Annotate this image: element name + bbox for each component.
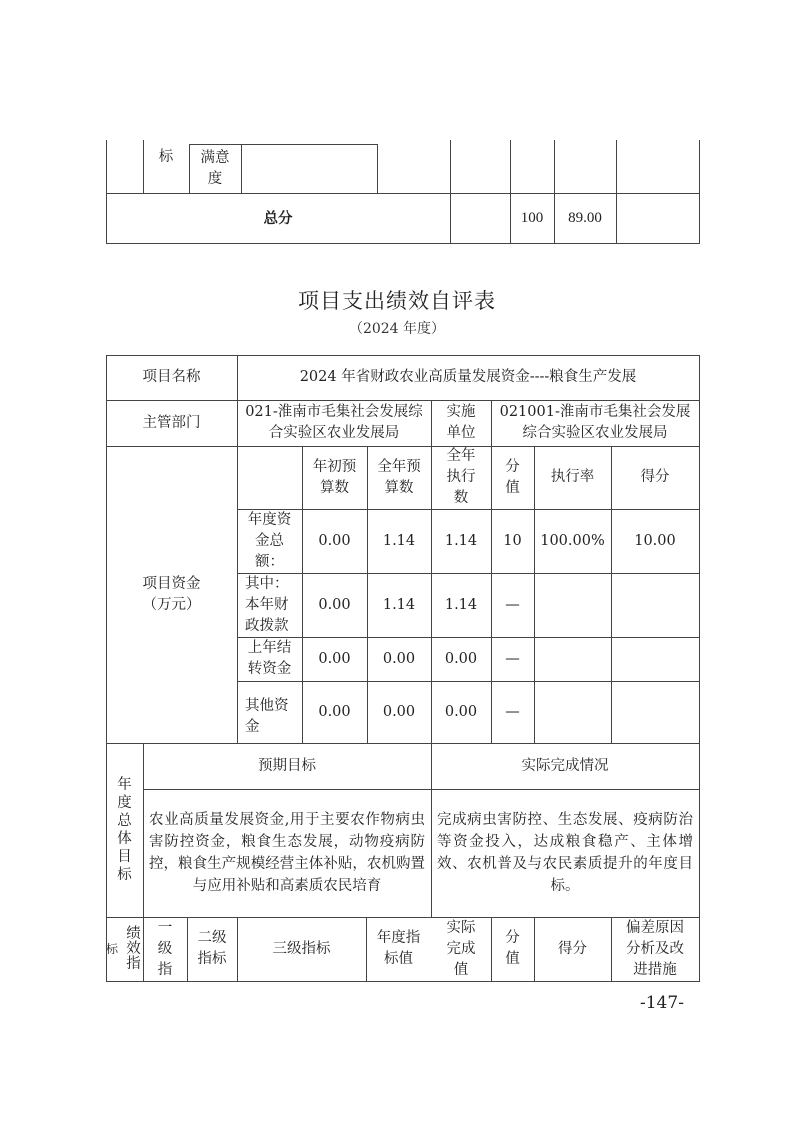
expected-goal-text: 农业高质量发展资金,用于主要农作物病虫害防控资金，粮食生态发展，动物疫病防控，粮… — [143, 789, 431, 917]
fund-row-score: 10.00 — [611, 509, 699, 573]
fund-row-executed: 0.00 — [431, 637, 491, 681]
table-border — [699, 140, 700, 244]
fund-row-executed: 0.00 — [431, 681, 491, 743]
fund-row-name: 上年结转资金 — [237, 637, 302, 681]
header-score: 得分 — [611, 446, 699, 509]
page-number: -147- — [640, 993, 684, 1013]
fund-row-rate: 100.00% — [534, 509, 611, 573]
level1-header: 一级指 — [143, 917, 187, 981]
fund-row-initial: 0.00 — [302, 681, 367, 743]
fund-row-initial: 0.00 — [302, 509, 367, 573]
indicator-label-fragment: 标 — [106, 917, 120, 981]
impl-unit-value: 021001-淮南市毛集社会发展综合实验区农业发展局 — [491, 400, 699, 446]
fund-row-annual: 1.14 — [367, 509, 431, 573]
fund-row-score — [611, 573, 699, 637]
funds-label-line2: （万元） — [143, 595, 201, 616]
dept-label: 主管部门 — [106, 400, 237, 446]
actual-completion-text: 完成病虫害防控、生态发展、疫病防治等资金投入，达成粮食稳产、主体增效、农机普及与… — [431, 789, 699, 917]
level1-indicator-fragment: 标 — [143, 140, 189, 174]
fund-row-executed: 1.14 — [431, 509, 491, 573]
table-border — [616, 140, 617, 244]
header-initial-budget: 年初预算数 — [302, 446, 367, 509]
form-subtitle: （2024 年度） — [0, 318, 794, 338]
fund-row-executed: 1.14 — [431, 573, 491, 637]
total-score-label: 总分 — [106, 193, 450, 243]
fund-row-weight: — — [491, 573, 534, 637]
indicator-label: 绩效指 — [124, 917, 143, 981]
fund-row-name: 年度资金总额： — [237, 509, 302, 573]
fund-row-initial: 0.00 — [302, 637, 367, 681]
deviation-header: 偏差原因分析及改进措施 — [611, 917, 699, 981]
table-border — [450, 140, 451, 244]
project-name-label: 项目名称 — [106, 355, 237, 400]
fund-row-rate — [534, 637, 611, 681]
fund-row-annual: 0.00 — [367, 681, 431, 743]
header-annual-budget: 全年预算数 — [367, 446, 431, 509]
total-score-value: 89.00 — [554, 193, 616, 243]
impl-unit-label: 实施单位 — [431, 400, 491, 446]
expected-goal-header: 预期目标 — [143, 743, 431, 789]
header-executed: 全年执行数 — [431, 446, 491, 509]
level2-header: 二级指标 — [187, 917, 237, 981]
weight-header: 分值 — [491, 917, 534, 981]
table-border — [699, 355, 700, 982]
fund-row-score — [611, 681, 699, 743]
fund-row-name: 其中：本年财政拨款 — [237, 573, 302, 637]
fund-row-annual: 0.00 — [367, 637, 431, 681]
fund-row-weight: — — [491, 637, 534, 681]
header-weight: 分值 — [491, 446, 534, 509]
funds-label: 项目资金 （万元） — [106, 446, 237, 743]
fund-row-annual: 1.14 — [367, 573, 431, 637]
fund-row-weight: 10 — [491, 509, 534, 573]
satisfaction-label: 满意度 — [195, 144, 235, 193]
actual-value-header: 实际完成值 — [431, 917, 491, 981]
dept-value: 021-淮南市毛集社会发展综合实验区农业发展局 — [237, 400, 431, 446]
form-title: 项目支出绩效自评表 — [0, 285, 794, 315]
table-border — [106, 243, 700, 244]
funds-label-line1: 项目资金 — [143, 574, 201, 595]
annual-goal-label: 年度总体目标 — [106, 743, 143, 917]
score-header: 得分 — [534, 917, 611, 981]
fund-row-name: 其他资金 — [237, 681, 302, 743]
header-rate: 执行率 — [534, 446, 611, 509]
table-border — [377, 144, 378, 194]
level3-header: 三级指标 — [237, 917, 366, 981]
table-border — [189, 144, 190, 194]
fund-row-score — [611, 637, 699, 681]
fund-row-weight: — — [491, 681, 534, 743]
fund-row-initial: 0.00 — [302, 573, 367, 637]
fund-row-rate — [534, 681, 611, 743]
actual-completion-header: 实际完成情况 — [431, 743, 699, 789]
total-weight-value: 100 — [510, 193, 554, 243]
table-border — [241, 144, 242, 194]
fund-row-rate — [534, 573, 611, 637]
project-name-value: 2024 年省财政农业高质量发展资金----粮食生产发展 — [237, 355, 699, 400]
annual-target-header: 年度指标值 — [366, 917, 431, 981]
